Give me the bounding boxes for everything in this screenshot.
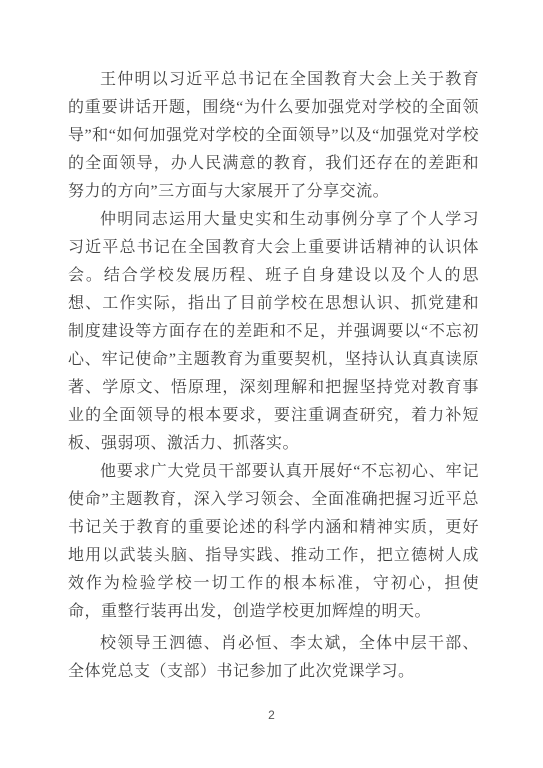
page-number: 2: [0, 708, 543, 722]
document-page: 王仲明以习近平总书记在全国教育大会上关于教育的重要讲话开题，围绕“为什么要加强党…: [0, 0, 543, 768]
paragraph: 王仲明以习近平总书记在全国教育大会上关于教育的重要讲话开题，围绕“为什么要加强党…: [68, 66, 479, 206]
paragraph: 他要求广大党员干部要认真开展好“不忘初心、牢记使命”主题教育，深入学习领会、全面…: [68, 458, 479, 626]
paragraph: 仲明同志运用大量史实和生动事例分享了个人学习习近平总书记在全国教育大会上重要讲话…: [68, 206, 479, 458]
document-text-body: 王仲明以习近平总书记在全国教育大会上关于教育的重要讲话开题，围绕“为什么要加强党…: [68, 66, 479, 686]
paragraph: 校领导王泗德、肖必恒、李太斌，全体中层干部、全体党总支（支部）书记参加了此次党课…: [68, 630, 479, 686]
